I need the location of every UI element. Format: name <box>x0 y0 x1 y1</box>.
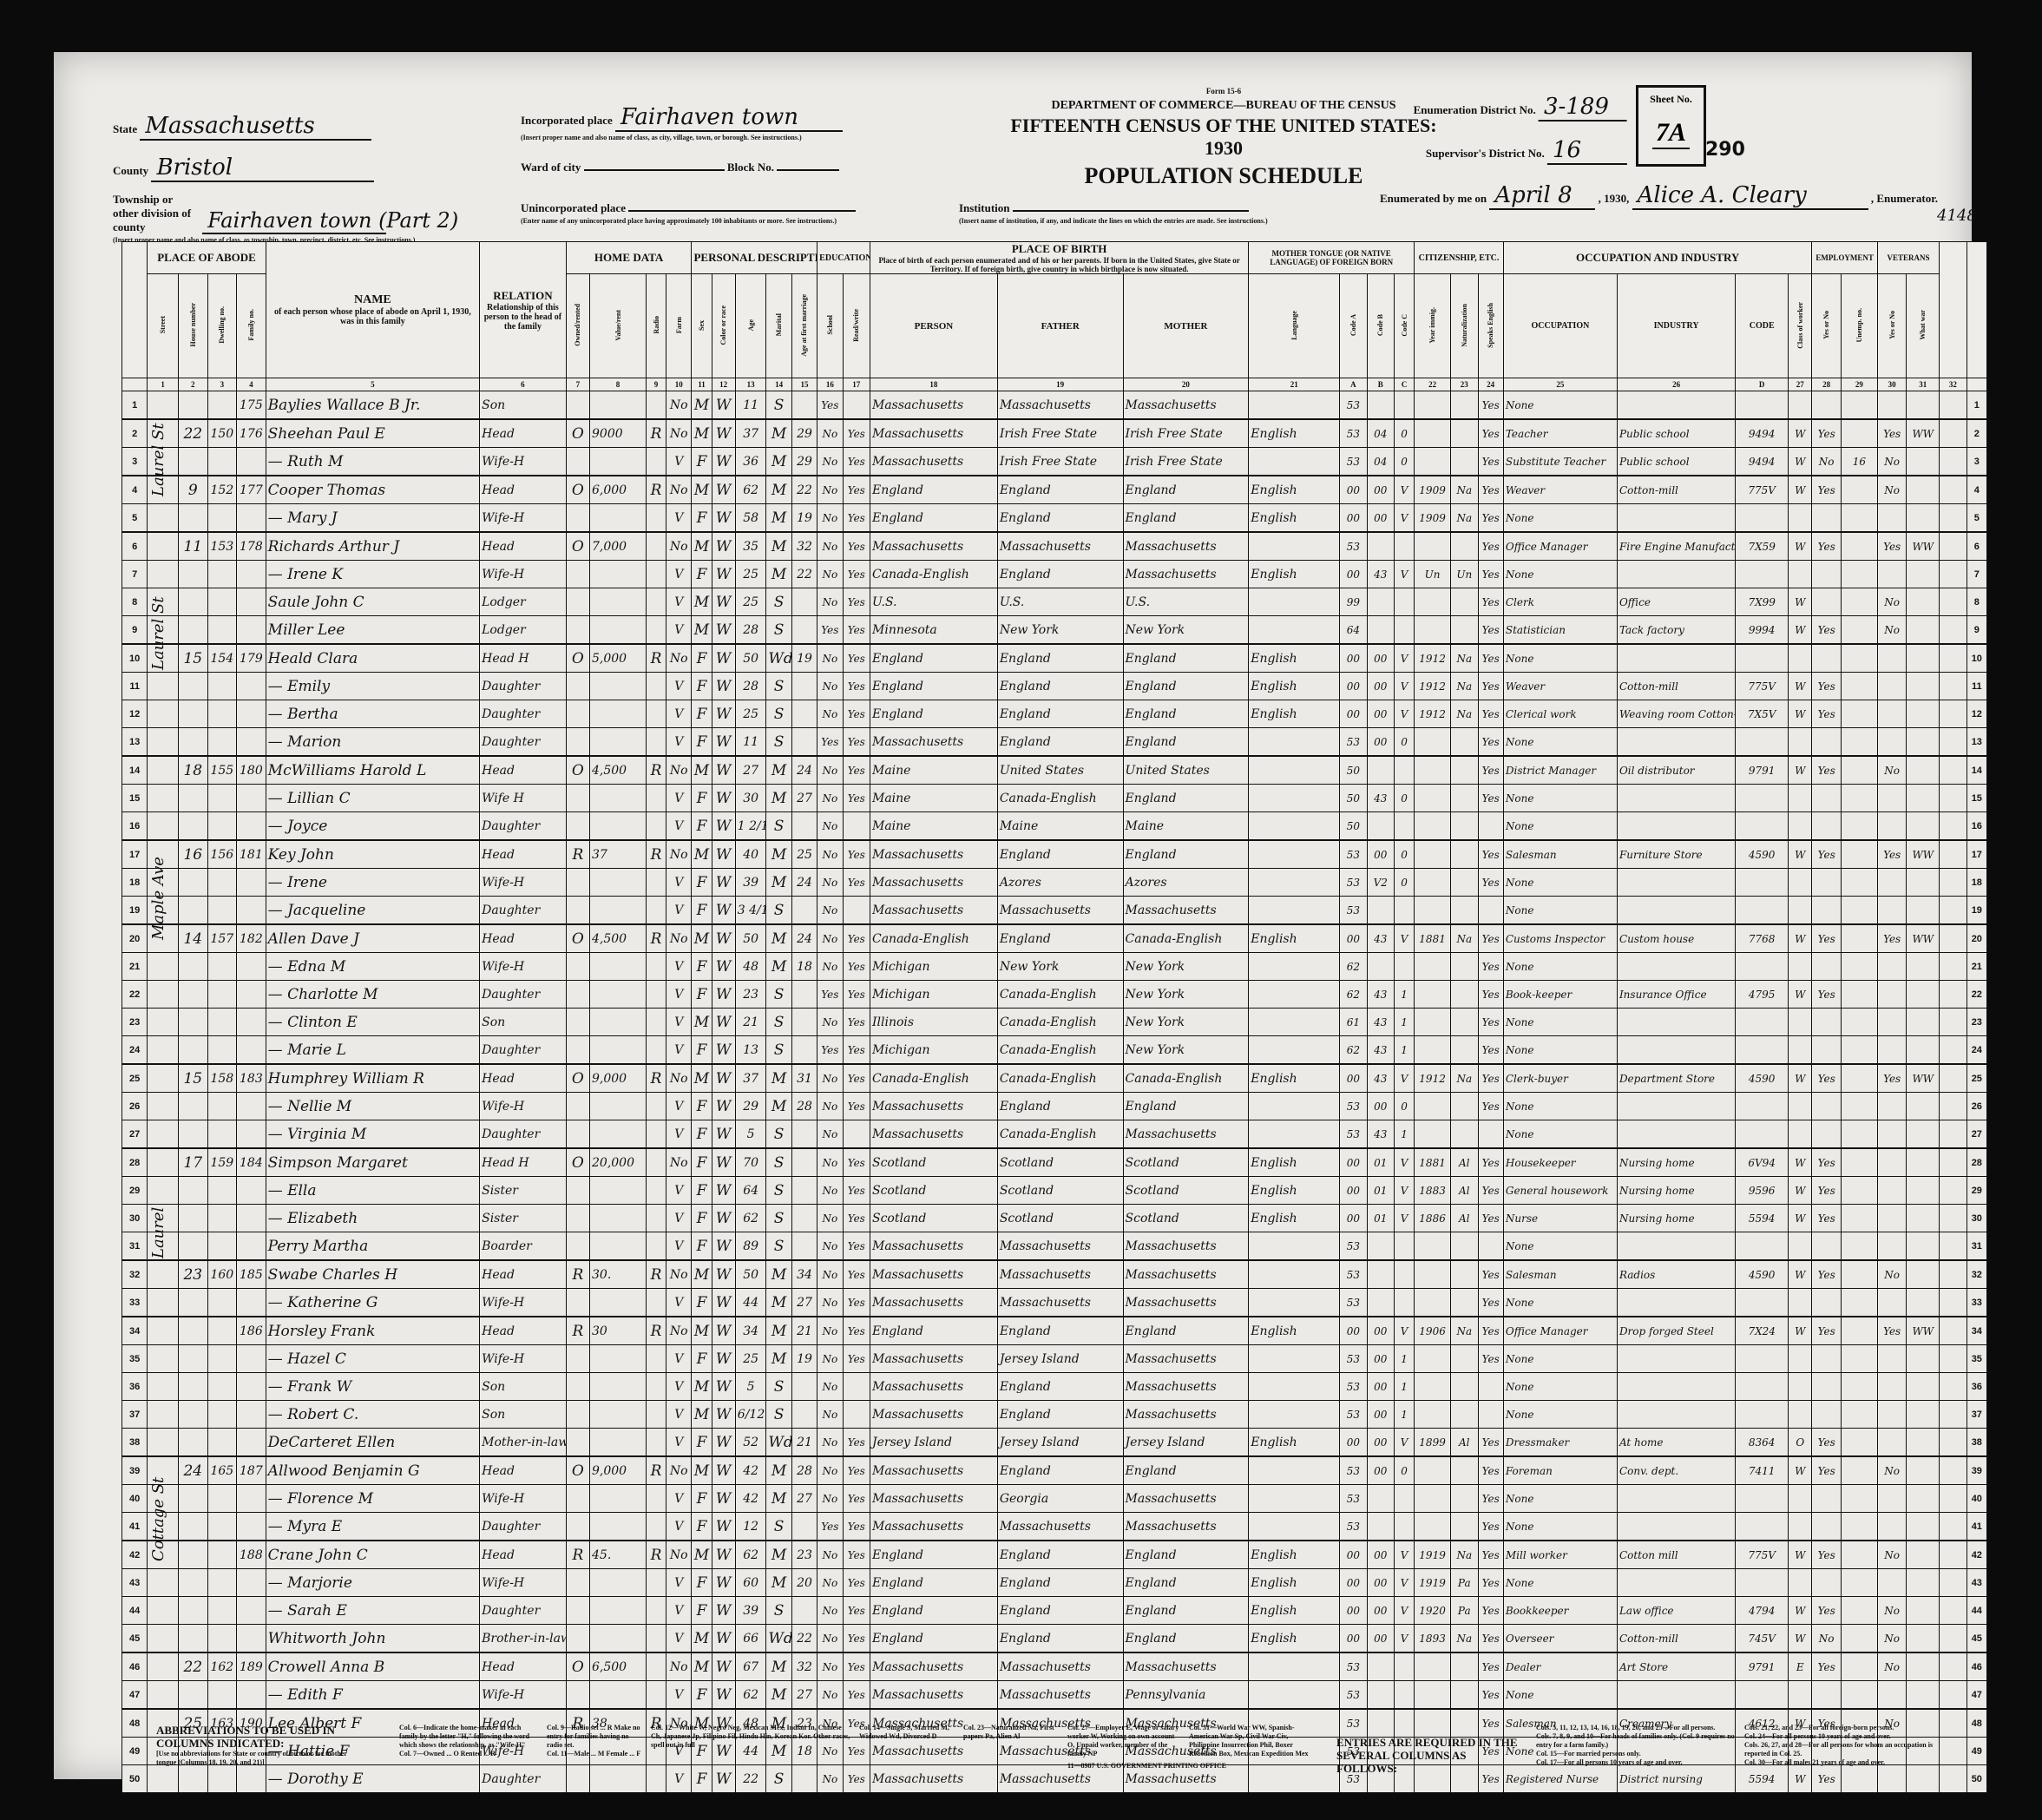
cell-marital: Wd <box>766 644 791 673</box>
sheet-number-box: Sheet No. 7A <box>1636 85 1706 167</box>
cell-birth-person: Michigan <box>870 1036 998 1065</box>
cell-birth-mother: England <box>1123 1456 1249 1485</box>
cell-code-c <box>1395 1260 1415 1289</box>
line-number-right: 11 <box>1966 673 1986 700</box>
cell-dwelling <box>207 1429 237 1457</box>
cell-language <box>1249 1260 1340 1289</box>
table-row: 36— Frank WSonVMW5SNoMassachusettsEnglan… <box>122 1373 1987 1401</box>
cell-industry <box>1617 1120 1735 1149</box>
cell-name: Whitworth John <box>266 1625 479 1653</box>
cell-sex: F <box>692 1093 712 1120</box>
cell-industry <box>1617 1485 1735 1513</box>
cell-farm: V <box>666 1232 692 1261</box>
cell-marital: S <box>766 1205 791 1232</box>
cell-value <box>590 1036 647 1065</box>
cell-birth-person: Scotland <box>870 1205 998 1232</box>
cell-value <box>590 391 647 420</box>
cell-sex: M <box>692 476 712 504</box>
cell-relation: Wife-H <box>480 1289 567 1317</box>
table-row: 21— Edna MWife-HVFW48M18NoYesMichiganNew… <box>122 953 1987 981</box>
cell-birth-person: Canada-English <box>870 924 998 953</box>
cell-value: 20,000 <box>590 1148 647 1177</box>
line-number: 24 <box>122 1036 148 1065</box>
table-row: 611153178Richards Arthur JHeadO7,000NoMW… <box>122 532 1987 561</box>
line-number: 21 <box>122 953 148 981</box>
cell-birth-person: England <box>870 1597 998 1625</box>
cell-vet-war <box>1907 1373 1940 1401</box>
cell-birth-mother: Jersey Island <box>1123 1429 1249 1457</box>
cell-code-b <box>1367 1485 1394 1513</box>
cell-birth-mother: England <box>1123 1093 1249 1120</box>
cell-english: Yes <box>1478 1036 1503 1065</box>
cell-name: — Charlotte M <box>266 981 479 1009</box>
cell-age-marr: 31 <box>791 1064 817 1093</box>
cell-house: 18 <box>179 756 208 785</box>
cell-immig <box>1415 588 1451 616</box>
cell-code-b <box>1367 1513 1394 1541</box>
cell-english: Yes <box>1478 1093 1503 1120</box>
cell-relation: Daughter <box>480 673 567 700</box>
cell-relation: Boarder <box>480 1232 567 1261</box>
cell-code-c <box>1395 1232 1415 1261</box>
cell-age-marr <box>791 616 817 645</box>
cell-farm: No <box>666 1541 692 1569</box>
cell-name: Allwood Benjamin G <box>266 1456 479 1485</box>
cell-language <box>1249 897 1340 925</box>
cell-relation: Head <box>480 756 567 785</box>
line-number: 34 <box>122 1317 148 1345</box>
column-number: 2 <box>179 378 208 391</box>
cell-language <box>1249 981 1340 1009</box>
cell-vet-yes: No <box>1877 1625 1907 1653</box>
cell-language <box>1249 756 1340 785</box>
cell-marital: S <box>766 673 791 700</box>
line-number-right: 24 <box>1966 1036 1986 1065</box>
cell-name: Heald Clara <box>266 644 479 673</box>
cell-sex: M <box>692 1541 712 1569</box>
cell-relation: Wife H <box>480 785 567 812</box>
cell-english <box>1478 1120 1503 1149</box>
cell-value <box>590 1177 647 1205</box>
cell-vet-yes <box>1877 1232 1907 1261</box>
cell-house: 22 <box>179 1652 208 1681</box>
cell-marital: S <box>766 1036 791 1065</box>
cell-birth-mother: Scotland <box>1123 1177 1249 1205</box>
cell-read <box>843 1120 870 1149</box>
cell-vet-yes <box>1877 1009 1907 1036</box>
line-number: 30 <box>122 1205 148 1232</box>
line-number: 28 <box>122 1148 148 1177</box>
cell-vet-yes: Yes <box>1877 532 1907 561</box>
cell-relation: Head <box>480 1317 567 1345</box>
cell-code-d: 5594 <box>1736 1205 1789 1232</box>
cell-dwelling <box>207 728 237 757</box>
cell-name: Perry Martha <box>266 1232 479 1261</box>
cell-race: W <box>712 1009 735 1036</box>
cell-name: Horsley Frank <box>266 1317 479 1345</box>
cell-code-b: 43 <box>1367 1009 1394 1036</box>
cell-code-a: 61 <box>1340 1009 1367 1036</box>
cell-occupation: General housework <box>1503 1177 1617 1205</box>
cell-house <box>179 1485 208 1513</box>
cell-relation: Head <box>480 1652 567 1681</box>
cell-english: Yes <box>1478 1317 1503 1345</box>
cell-value <box>590 953 647 981</box>
cell-class <box>1789 1036 1812 1065</box>
column-number: 27 <box>1789 378 1812 391</box>
cell-relation: Sister <box>480 1205 567 1232</box>
cell-industry: Furniture Store <box>1617 840 1735 869</box>
cell-read: Yes <box>843 953 870 981</box>
cell-farm-sched <box>1940 1625 1966 1653</box>
cell-language: English <box>1249 1429 1340 1457</box>
cell-code-d <box>1736 728 1789 757</box>
cell-name: — Ella <box>266 1177 479 1205</box>
cell-tenure: O <box>566 1652 589 1681</box>
cell-house: 24 <box>179 1456 208 1485</box>
cell-industry <box>1617 1036 1735 1065</box>
cell-vet-yes <box>1877 1036 1907 1065</box>
cell-class: W <box>1789 532 1812 561</box>
cell-emp-yes <box>1812 1485 1842 1513</box>
cell-industry <box>1617 1569 1735 1597</box>
column-number: 30 <box>1877 378 1907 391</box>
cell-age: 62 <box>735 1541 766 1569</box>
cell-code-b: 00 <box>1367 1317 1394 1345</box>
line-number-right: 8 <box>1966 588 1986 616</box>
cell-age: 25 <box>735 561 766 588</box>
cell-code-b <box>1367 953 1394 981</box>
table-row: 42188Crane John CHeadR45.RNoMW62M23NoYes… <box>122 1541 1987 1569</box>
cell-code-d: 9791 <box>1736 1652 1789 1681</box>
cell-house: 23 <box>179 1260 208 1289</box>
cell-marital: M <box>766 869 791 897</box>
table-row: 35— Hazel CWife-HVFW25M19NoYesMassachuse… <box>122 1345 1987 1373</box>
cell-vet-war <box>1907 1036 1940 1065</box>
cell-farm: V <box>666 1373 692 1401</box>
cell-value: 4,500 <box>590 756 647 785</box>
cell-house <box>179 1681 208 1710</box>
cell-code-c: V <box>1395 1569 1415 1597</box>
cell-dwelling <box>207 1541 237 1569</box>
cell-farm-sched <box>1940 924 1966 953</box>
cell-emp-no <box>1841 1036 1877 1065</box>
cell-relation: Wife-H <box>480 1569 567 1597</box>
line-number-right: 39 <box>1966 1456 1986 1485</box>
cell-immig: 1912 <box>1415 700 1451 728</box>
cell-class: W <box>1789 1177 1812 1205</box>
column-number: 28 <box>1812 378 1842 391</box>
cell-occupation: None <box>1503 953 1617 981</box>
cell-code-b: 00 <box>1367 1401 1394 1429</box>
line-number-right: 17 <box>1966 840 1986 869</box>
cell-language: English <box>1249 644 1340 673</box>
cell-sex: M <box>692 1652 712 1681</box>
cell-family <box>237 1569 266 1597</box>
cell-house <box>179 812 208 841</box>
cell-code-d: 7X99 <box>1736 588 1789 616</box>
cell-farm-sched <box>1940 1260 1966 1289</box>
cell-name: Baylies Wallace B Jr. <box>266 391 479 420</box>
line-number: 5 <box>122 504 148 533</box>
cell-tenure <box>566 1232 589 1261</box>
cell-race: W <box>712 1148 735 1177</box>
cell-birth-person: England <box>870 1541 998 1569</box>
cell-relation: Head <box>480 1260 567 1289</box>
cell-code-c: V <box>1395 673 1415 700</box>
cell-family <box>237 1485 266 1513</box>
cell-tenure <box>566 1177 589 1205</box>
cell-value <box>590 1232 647 1261</box>
cell-radio <box>647 1401 666 1429</box>
table-row: 13— MarionDaughterVFW11SYesYesMassachuse… <box>122 728 1987 757</box>
cell-marital: S <box>766 1373 791 1401</box>
cell-class <box>1789 561 1812 588</box>
cell-house <box>179 1036 208 1065</box>
cell-english: Yes <box>1478 391 1503 420</box>
cell-occupation: Teacher <box>1503 419 1617 448</box>
cell-birth-father: England <box>997 644 1123 673</box>
cell-code-b: 43 <box>1367 785 1394 812</box>
cell-relation: Wife-H <box>480 1345 567 1373</box>
cell-family <box>237 700 266 728</box>
cell-emp-yes: Yes <box>1812 700 1842 728</box>
cell-vet-yes <box>1877 1401 1907 1429</box>
cell-emp-no <box>1841 1541 1877 1569</box>
cell-industry: Office <box>1617 588 1735 616</box>
cell-language <box>1249 616 1340 645</box>
cell-natur <box>1451 1401 1478 1429</box>
cell-birth-person: Massachusetts <box>870 840 998 869</box>
cell-immig <box>1415 1232 1451 1261</box>
enumeration-date: April 8 <box>1489 182 1595 210</box>
cell-birth-person: England <box>870 504 998 533</box>
cell-radio <box>647 673 666 700</box>
cell-marital: S <box>766 1597 791 1625</box>
cell-industry <box>1617 812 1735 841</box>
cell-school: No <box>817 419 843 448</box>
cell-farm: V <box>666 1345 692 1373</box>
cell-marital: S <box>766 616 791 645</box>
punch-hole <box>21 581 43 604</box>
cell-marital: M <box>766 840 791 869</box>
cell-occupation: Substitute Teacher <box>1503 448 1617 476</box>
cell-name: — Irene <box>266 869 479 897</box>
cell-radio: R <box>647 419 666 448</box>
cell-school: No <box>817 1541 843 1569</box>
cell-code-b <box>1367 588 1394 616</box>
cell-age-marr <box>791 728 817 757</box>
cell-dwelling <box>207 1345 237 1373</box>
cell-birth-father: England <box>997 924 1123 953</box>
cell-age: 35 <box>735 532 766 561</box>
cell-radio <box>647 448 666 476</box>
cell-race: W <box>712 1625 735 1653</box>
cell-code-c: 1 <box>1395 981 1415 1009</box>
cell-tenure <box>566 1401 589 1429</box>
cell-english: Yes <box>1478 673 1503 700</box>
cell-natur <box>1451 391 1478 420</box>
cell-value: 37 <box>590 840 647 869</box>
cell-vet-war: WW <box>1907 924 1940 953</box>
cell-school: No <box>817 588 843 616</box>
line-number: 17 <box>122 840 148 869</box>
cell-emp-yes: Yes <box>1812 476 1842 504</box>
cell-occupation: Housekeeper <box>1503 1148 1617 1177</box>
cell-value <box>590 1120 647 1149</box>
cell-natur: Pa <box>1451 1569 1478 1597</box>
cell-emp-yes <box>1812 1232 1842 1261</box>
cell-immig <box>1415 1009 1451 1036</box>
cell-age: 28 <box>735 616 766 645</box>
cell-industry: Cotton mill <box>1617 1541 1735 1569</box>
line-number-right: 14 <box>1966 756 1986 785</box>
cell-farm: V <box>666 700 692 728</box>
cell-age-marr <box>791 1232 817 1261</box>
cell-language: English <box>1249 673 1340 700</box>
cell-farm: No <box>666 756 692 785</box>
cell-industry: Conv. dept. <box>1617 1456 1735 1485</box>
cell-radio: R <box>647 644 666 673</box>
cell-age: 27 <box>735 756 766 785</box>
cell-industry: Radios <box>1617 1260 1735 1289</box>
cell-vet-yes: No <box>1877 616 1907 645</box>
cell-house <box>179 504 208 533</box>
cell-occupation: Foreman <box>1503 1456 1617 1485</box>
cell-emp-no <box>1841 1625 1877 1653</box>
cell-industry <box>1617 1289 1735 1317</box>
cell-language <box>1249 1513 1340 1541</box>
cell-birth-mother: England <box>1123 840 1249 869</box>
cell-emp-yes: Yes <box>1812 1148 1842 1177</box>
cell-age-marr: 32 <box>791 532 817 561</box>
cell-age-marr: 20 <box>791 1569 817 1597</box>
cell-class: W <box>1789 673 1812 700</box>
cell-birth-father: Massachusetts <box>997 391 1123 420</box>
cell-value <box>590 1681 647 1710</box>
cell-farm: V <box>666 1625 692 1653</box>
cell-occupation: Customs Inspector <box>1503 924 1617 953</box>
cell-code-d: 7X24 <box>1736 1317 1789 1345</box>
cell-immig: 1912 <box>1415 673 1451 700</box>
cell-farm: No <box>666 924 692 953</box>
cell-language <box>1249 1401 1340 1429</box>
cell-vet-war <box>1907 1625 1940 1653</box>
cell-relation: Daughter <box>480 1597 567 1625</box>
cell-race: W <box>712 448 735 476</box>
cell-vet-yes <box>1877 812 1907 841</box>
cell-relation: Son <box>480 391 567 420</box>
cell-relation: Head <box>480 1456 567 1485</box>
line-number-right: 42 <box>1966 1541 1986 1569</box>
cell-birth-father: New York <box>997 953 1123 981</box>
cell-school: No <box>817 1093 843 1120</box>
cell-radio <box>647 728 666 757</box>
cell-class: W <box>1789 924 1812 953</box>
cell-industry: Public school <box>1617 419 1735 448</box>
cell-emp-no <box>1841 644 1877 673</box>
cell-relation: Head H <box>480 644 567 673</box>
cell-code-a: 00 <box>1340 1317 1367 1345</box>
cell-code-a: 53 <box>1340 1345 1367 1373</box>
cell-race: W <box>712 1429 735 1457</box>
cell-birth-mother: England <box>1123 785 1249 812</box>
cell-natur <box>1451 1093 1478 1120</box>
cell-dwelling <box>207 1289 237 1317</box>
cell-race: W <box>712 756 735 785</box>
cell-birth-mother: England <box>1123 1317 1249 1345</box>
cell-age-marr <box>791 700 817 728</box>
cell-birth-mother: New York <box>1123 1009 1249 1036</box>
cell-occupation: None <box>1503 1485 1617 1513</box>
cell-emp-no <box>1841 756 1877 785</box>
cell-school: No <box>817 673 843 700</box>
cell-age-marr: 21 <box>791 1317 817 1345</box>
table-row: 3— Ruth MWife-HVFW36M29NoYesMassachusett… <box>122 448 1987 476</box>
cell-emp-no <box>1841 616 1877 645</box>
cell-immig <box>1415 1120 1451 1149</box>
cell-family <box>237 448 266 476</box>
cell-code-c <box>1395 756 1415 785</box>
cell-age-marr: 32 <box>791 1652 817 1681</box>
cell-relation: Son <box>480 1009 567 1036</box>
entries-required-title: ENTRIES ARE REQUIRED IN THE SEVERAL COLU… <box>1336 1736 1519 1775</box>
cell-age-marr <box>791 1513 817 1541</box>
cell-age: 6/12 <box>735 1401 766 1429</box>
cell-name: Crane John C <box>266 1541 479 1569</box>
cell-code-a: 00 <box>1340 1205 1367 1232</box>
cell-farm-sched <box>1940 1205 1966 1232</box>
cell-dwelling <box>207 1177 237 1205</box>
cell-birth-person: Massachusetts <box>870 1373 998 1401</box>
cell-house <box>179 1513 208 1541</box>
cell-vet-yes <box>1877 1513 1907 1541</box>
cell-value <box>590 1429 647 1457</box>
cell-natur <box>1451 1289 1478 1317</box>
cell-marital: S <box>766 1232 791 1261</box>
cell-emp-no <box>1841 1456 1877 1485</box>
cell-class <box>1789 785 1812 812</box>
column-number: A <box>1340 378 1367 391</box>
cell-family: 187 <box>237 1456 266 1485</box>
line-number: 9 <box>122 616 148 645</box>
line-number: 41 <box>122 1513 148 1541</box>
cell-dwelling: 159 <box>207 1148 237 1177</box>
cell-emp-no: 16 <box>1841 448 1877 476</box>
cell-immig: 1909 <box>1415 476 1451 504</box>
line-number-right: 9 <box>1966 616 1986 645</box>
cell-code-c: 0 <box>1395 728 1415 757</box>
cell-radio <box>647 1485 666 1513</box>
cell-read: Yes <box>843 1289 870 1317</box>
column-number: 14 <box>766 378 791 391</box>
cell-read: Yes <box>843 1429 870 1457</box>
cell-school: No <box>817 1569 843 1597</box>
cell-vet-yes: No <box>1877 1597 1907 1625</box>
cell-english: Yes <box>1478 1652 1503 1681</box>
cell-occupation: Clerk-buyer <box>1503 1064 1617 1093</box>
cell-farm-sched <box>1940 1681 1966 1710</box>
table-row: 47— Edith FWife-HVFW62M27NoYesMassachuse… <box>122 1681 1987 1710</box>
cell-name: — Clinton E <box>266 1009 479 1036</box>
cell-natur: Al <box>1451 1205 1478 1232</box>
cell-code-d: 9791 <box>1736 756 1789 785</box>
cell-code-c: 0 <box>1395 785 1415 812</box>
cell-marital: M <box>766 561 791 588</box>
cell-english: Yes <box>1478 1205 1503 1232</box>
cell-code-a: 50 <box>1340 785 1367 812</box>
cell-industry <box>1617 1681 1735 1710</box>
